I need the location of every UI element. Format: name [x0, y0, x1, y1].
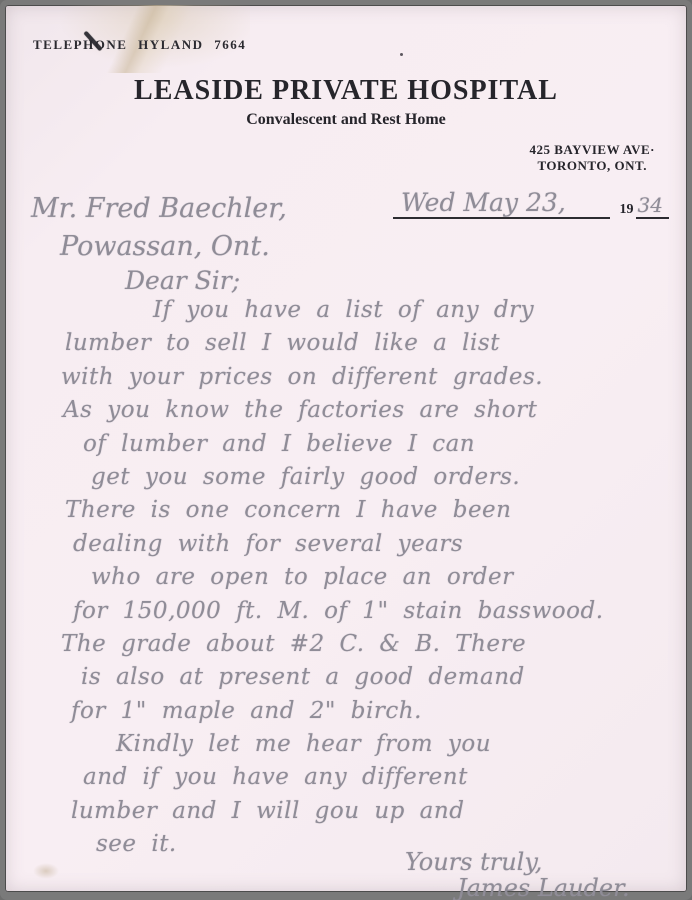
handwritten-line: for 1" maple and 2" birch.: [71, 698, 671, 731]
handwritten-line: and if you have any different: [83, 764, 671, 797]
handwritten-line: The grade about #2 C. & B. There: [61, 631, 671, 664]
date-line: Wed May 23, 19 34: [393, 188, 669, 219]
letter-paper: TELEPHONE HYLAND 7664 LEASIDE PRIVATE HO…: [5, 5, 687, 892]
signature: James Lauder.: [457, 874, 630, 900]
handwritten-line: who are open to place an order: [91, 564, 671, 597]
handwritten-line: There is one concern I have been: [65, 497, 671, 530]
handwritten-line: lumber to sell I would like a list: [65, 330, 671, 363]
handwritten-line: of lumber and I believe I can: [83, 431, 671, 464]
salutation: Dear Sir;: [125, 266, 240, 295]
scanned-letter-page: TELEPHONE HYLAND 7664 LEASIDE PRIVATE HO…: [0, 0, 692, 900]
hospital-name: LEASIDE PRIVATE HOSPITAL: [5, 75, 687, 107]
hospital-subtitle: Convalescent and Rest Home: [5, 111, 687, 129]
handwritten-line: If you have a list of any dry: [153, 297, 671, 330]
telephone-line: TELEPHONE HYLAND 7664: [33, 37, 246, 53]
handwritten-line: dealing with for several years: [73, 531, 671, 564]
printed-year-prefix: 19: [610, 202, 636, 219]
handwritten-line: get you some fairly good orders.: [91, 464, 671, 497]
handwritten-line: Kindly let me hear from you: [116, 731, 671, 764]
handwritten-line: see it.: [96, 831, 671, 864]
letterhead-address: 425 BAYVIEW AVE· TORONTO, ONT.: [529, 142, 655, 174]
handwritten-line: As you know the factories are short: [63, 397, 671, 430]
valediction: Yours truly,: [405, 848, 542, 876]
handwritten-line: is also at present a good demand: [81, 664, 671, 697]
handwritten-line: with your prices on different grades.: [61, 364, 671, 397]
handwritten-year: 34: [636, 193, 669, 219]
address-line-1: 425 BAYVIEW AVE·: [529, 142, 655, 158]
paper-stain: [33, 863, 59, 879]
dust-speck: [400, 53, 403, 56]
recipient-town: Powassan, Ont.: [60, 231, 270, 262]
handwritten-date: Wed May 23,: [393, 188, 610, 219]
letter-body: If you have a list of any drylumber to s…: [61, 297, 671, 865]
handwritten-line: for 150,000 ft. M. of 1" stain basswood.: [73, 598, 671, 631]
handwritten-line: lumber and I will gou up and: [71, 798, 671, 831]
address-line-2: TORONTO, ONT.: [529, 158, 655, 174]
recipient-name: Mr. Fred Baechler,: [31, 193, 287, 224]
